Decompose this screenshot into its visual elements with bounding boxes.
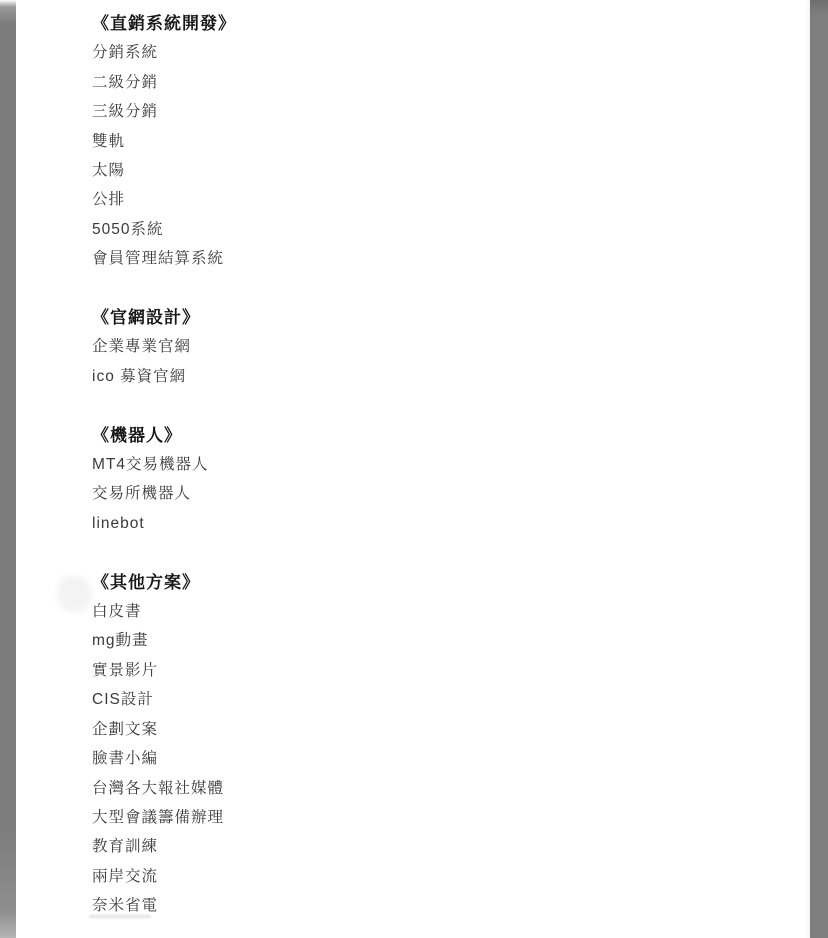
service-item: 三級分銷 — [92, 97, 798, 126]
service-item: 企劃文案 — [92, 715, 798, 744]
service-item: 交易所機器人 — [92, 479, 798, 508]
service-item: 臉書小編 — [92, 744, 798, 773]
service-item: 大型會議籌備辦理 — [92, 803, 798, 832]
service-item: 兩岸交流 — [92, 862, 798, 891]
service-item: 5050系統 — [92, 215, 798, 244]
service-item: mg動畫 — [92, 626, 798, 655]
service-item: 分銷系統 — [92, 38, 798, 67]
service-item: 實景影片 — [92, 656, 798, 685]
photo-artifact-smudge — [58, 576, 92, 612]
service-item: ico 募資官網 — [92, 362, 798, 391]
service-section: 《機器人》MT4交易機器人交易所機器人linebot — [92, 421, 798, 539]
service-item: 台灣各大報社媒體 — [92, 774, 798, 803]
service-item: 企業專業官網 — [92, 332, 798, 361]
service-item: 雙軌 — [92, 127, 798, 156]
service-section: 《官網設計》企業專業官網ico 募資官網 — [92, 303, 798, 391]
section-heading: 《其他方案》 — [92, 568, 798, 597]
service-section: 《直銷系統開發》分銷系統二級分銷三級分銷雙軌太陽公排5050系統會員管理結算系統 — [92, 9, 798, 274]
service-item: 太陽 — [92, 156, 798, 185]
page-edge-left — [0, 0, 16, 938]
section-heading: 《官網設計》 — [92, 303, 798, 332]
service-list: 《直銷系統開發》分銷系統二級分銷三級分銷雙軌太陽公排5050系統會員管理結算系統… — [92, 9, 798, 921]
service-item: 奈米省電 — [92, 891, 798, 920]
service-item: 教育訓練 — [92, 832, 798, 861]
section-heading: 《機器人》 — [92, 421, 798, 450]
service-item: 二級分銷 — [92, 68, 798, 97]
service-item: MT4交易機器人 — [92, 450, 798, 479]
service-item: linebot — [92, 509, 798, 538]
service-item: CIS設計 — [92, 685, 798, 714]
service-item: 公排 — [92, 185, 798, 214]
service-item: 會員管理結算系統 — [92, 244, 798, 273]
section-heading: 《直銷系統開發》 — [92, 9, 798, 38]
page-edge-right — [810, 0, 828, 938]
service-item: 白皮書 — [92, 597, 798, 626]
document-page: 《直銷系統開發》分銷系統二級分銷三級分銷雙軌太陽公排5050系統會員管理結算系統… — [0, 0, 828, 938]
service-section: 《其他方案》白皮書mg動畫實景影片CIS設計企劃文案臉書小編台灣各大報社媒體大型… — [92, 568, 798, 921]
